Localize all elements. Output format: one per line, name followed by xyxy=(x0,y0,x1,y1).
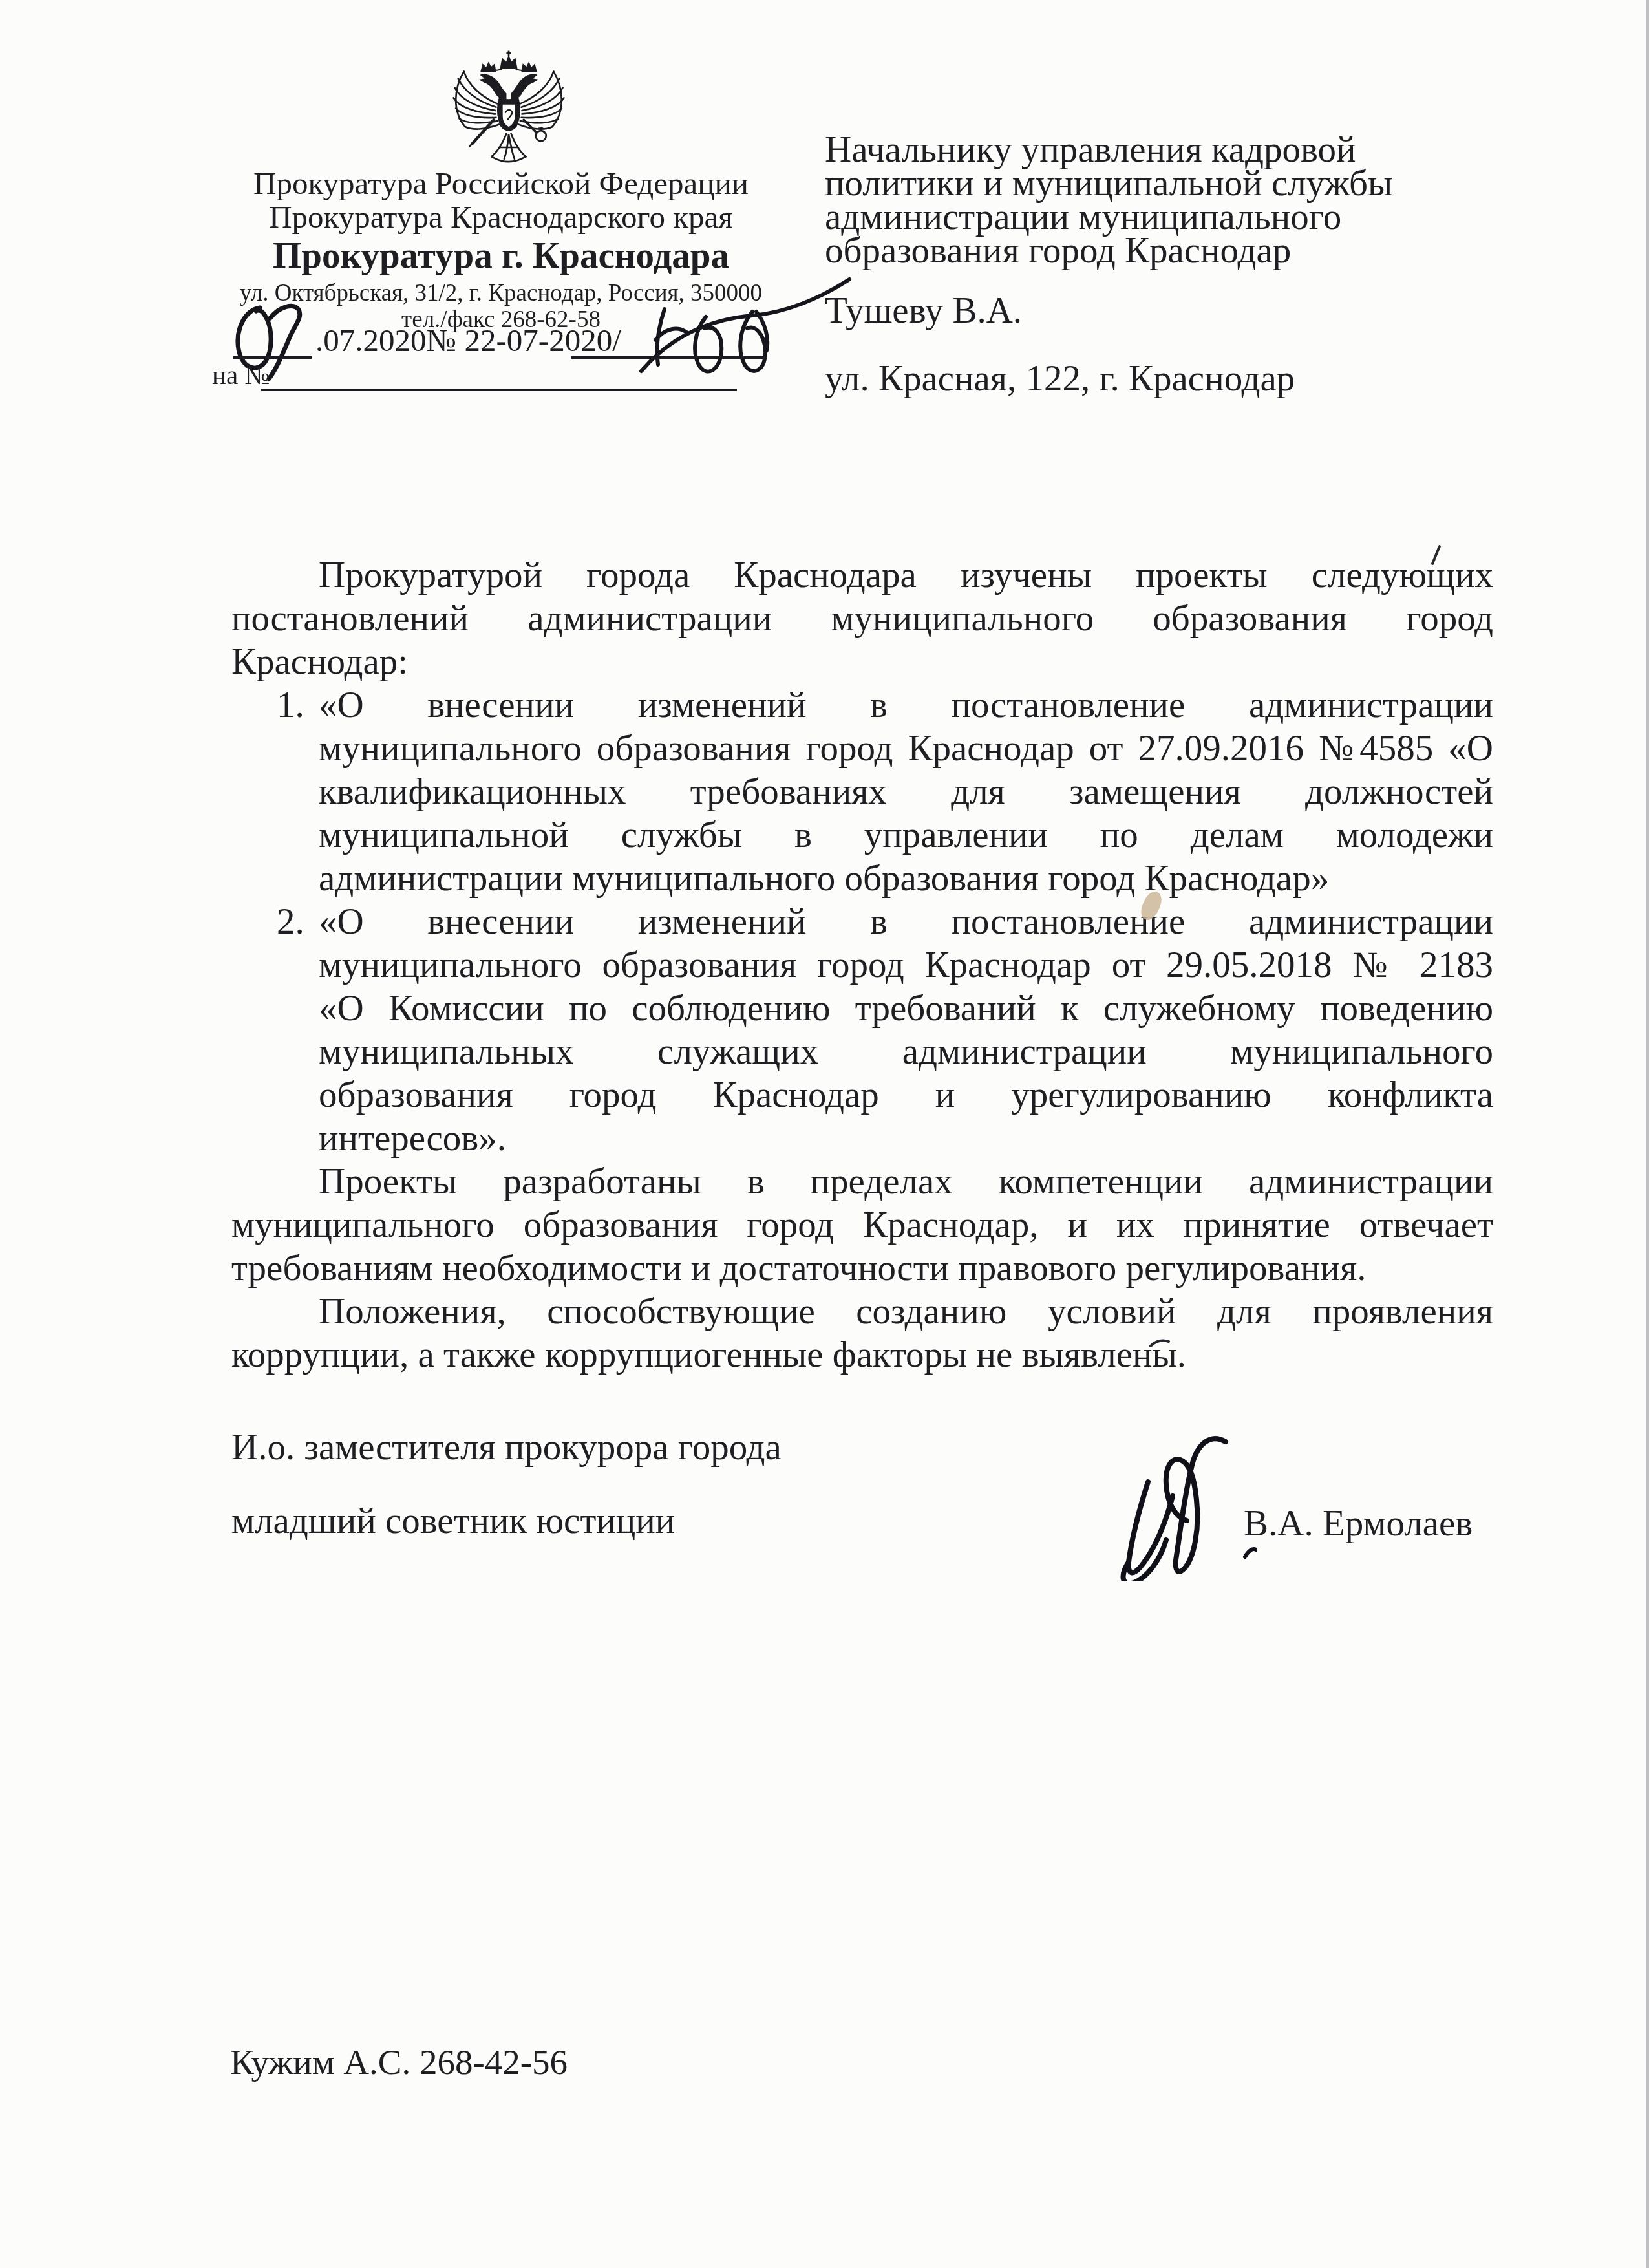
list-item-line: муниципальных служащих администрации мун… xyxy=(319,1030,1493,1073)
paragraph-line: Краснодар: xyxy=(231,640,1493,683)
list-item-line: интересов». xyxy=(319,1117,1493,1160)
paragraph-line: Положения, способствующие созданию услов… xyxy=(231,1290,1493,1333)
list-item: 1. «О внесении изменений в постановление… xyxy=(231,683,1493,900)
date-number-line: .07.2020№ 22-07-2020/ xyxy=(315,322,621,359)
executor-contact: Кужим А.С. 268-42-56 xyxy=(230,2042,568,2082)
list-item-line: муниципального образования город Краснод… xyxy=(319,943,1493,987)
list-item-line: образования город Краснодар и урегулиров… xyxy=(319,1073,1493,1117)
paragraph-line: постановлений администрации муниципально… xyxy=(231,597,1493,640)
recipient-block: Начальнику управления кадровой политики … xyxy=(825,133,1458,268)
recipient-line: образования город Краснодар xyxy=(825,234,1458,268)
number-printed: № 22-07-2020/ xyxy=(427,323,621,358)
list-item-line: «О внесении изменений в постановление ад… xyxy=(319,900,1493,943)
list-number: 1. xyxy=(277,683,304,727)
scanner-edge-artifact xyxy=(1646,0,1649,2268)
org-level1: Прокуратура Российской Федерации xyxy=(162,167,840,200)
date-underline xyxy=(233,356,312,359)
list-item-line: «О внесении изменений в постановление ад… xyxy=(319,683,1493,727)
paragraph-line: муниципального образования город Краснод… xyxy=(231,1203,1493,1246)
paragraph-line: Прокуратурой города Краснодара изучены п… xyxy=(231,553,1493,597)
ref-number-underline xyxy=(261,389,737,391)
letter-body: Прокуратурой города Краснодара изучены п… xyxy=(231,553,1493,1376)
pen-mark xyxy=(1429,544,1443,566)
org-level2: Прокуратура Краснодарского края xyxy=(162,200,840,234)
list-item-line: администрации муниципального образования… xyxy=(319,857,1493,900)
signer-position-line1: И.о. заместителя прокурора города xyxy=(231,1428,782,1468)
signer-position-line2: младший советник юстиции xyxy=(231,1501,675,1541)
list-number: 2. xyxy=(277,900,304,943)
signer-name: В.А. Ермолаев xyxy=(1244,1504,1473,1544)
signature-scribble xyxy=(1099,1408,1257,1581)
russian-coat-of-arms-icon xyxy=(451,48,566,168)
scanned-letter-page: Прокуратура Российской Федерации Прокура… xyxy=(0,0,1649,2268)
pen-mark xyxy=(1149,1337,1170,1349)
list-item: 2. «О внесении изменений в постановление… xyxy=(231,900,1493,1160)
number-underline xyxy=(571,356,767,359)
paragraph-line: Проекты разработаны в пределах компетенц… xyxy=(231,1160,1493,1203)
paragraph-line: коррупции, а также коррупциогенные факто… xyxy=(231,1333,1493,1376)
ref-number-label: на № xyxy=(212,359,270,390)
recipient-line: политики и муниципальной службы xyxy=(825,167,1458,200)
recipient-name: Тушеву В.А. xyxy=(825,294,1458,328)
list-item-line: «О Комиссии по соблюдению требований к с… xyxy=(319,987,1493,1030)
org-name: Прокуратура г. Краснодара xyxy=(162,234,840,277)
handwritten-number xyxy=(626,274,852,383)
list-item-line: квалификационных требованиях для замещен… xyxy=(319,770,1493,813)
recipient-address: ул. Красная, 122, г. Краснодар xyxy=(825,362,1458,396)
list-item-line: муниципальной службы в управлении по дел… xyxy=(319,813,1493,857)
list-item-line: муниципального образования город Краснод… xyxy=(319,727,1493,770)
paragraph-line: требованиям необходимости и достаточност… xyxy=(231,1246,1493,1290)
recipient-line: администрации муниципального xyxy=(825,200,1458,234)
date-printed: .07.2020 xyxy=(315,323,427,358)
recipient-line: Начальнику управления кадровой xyxy=(825,133,1458,167)
